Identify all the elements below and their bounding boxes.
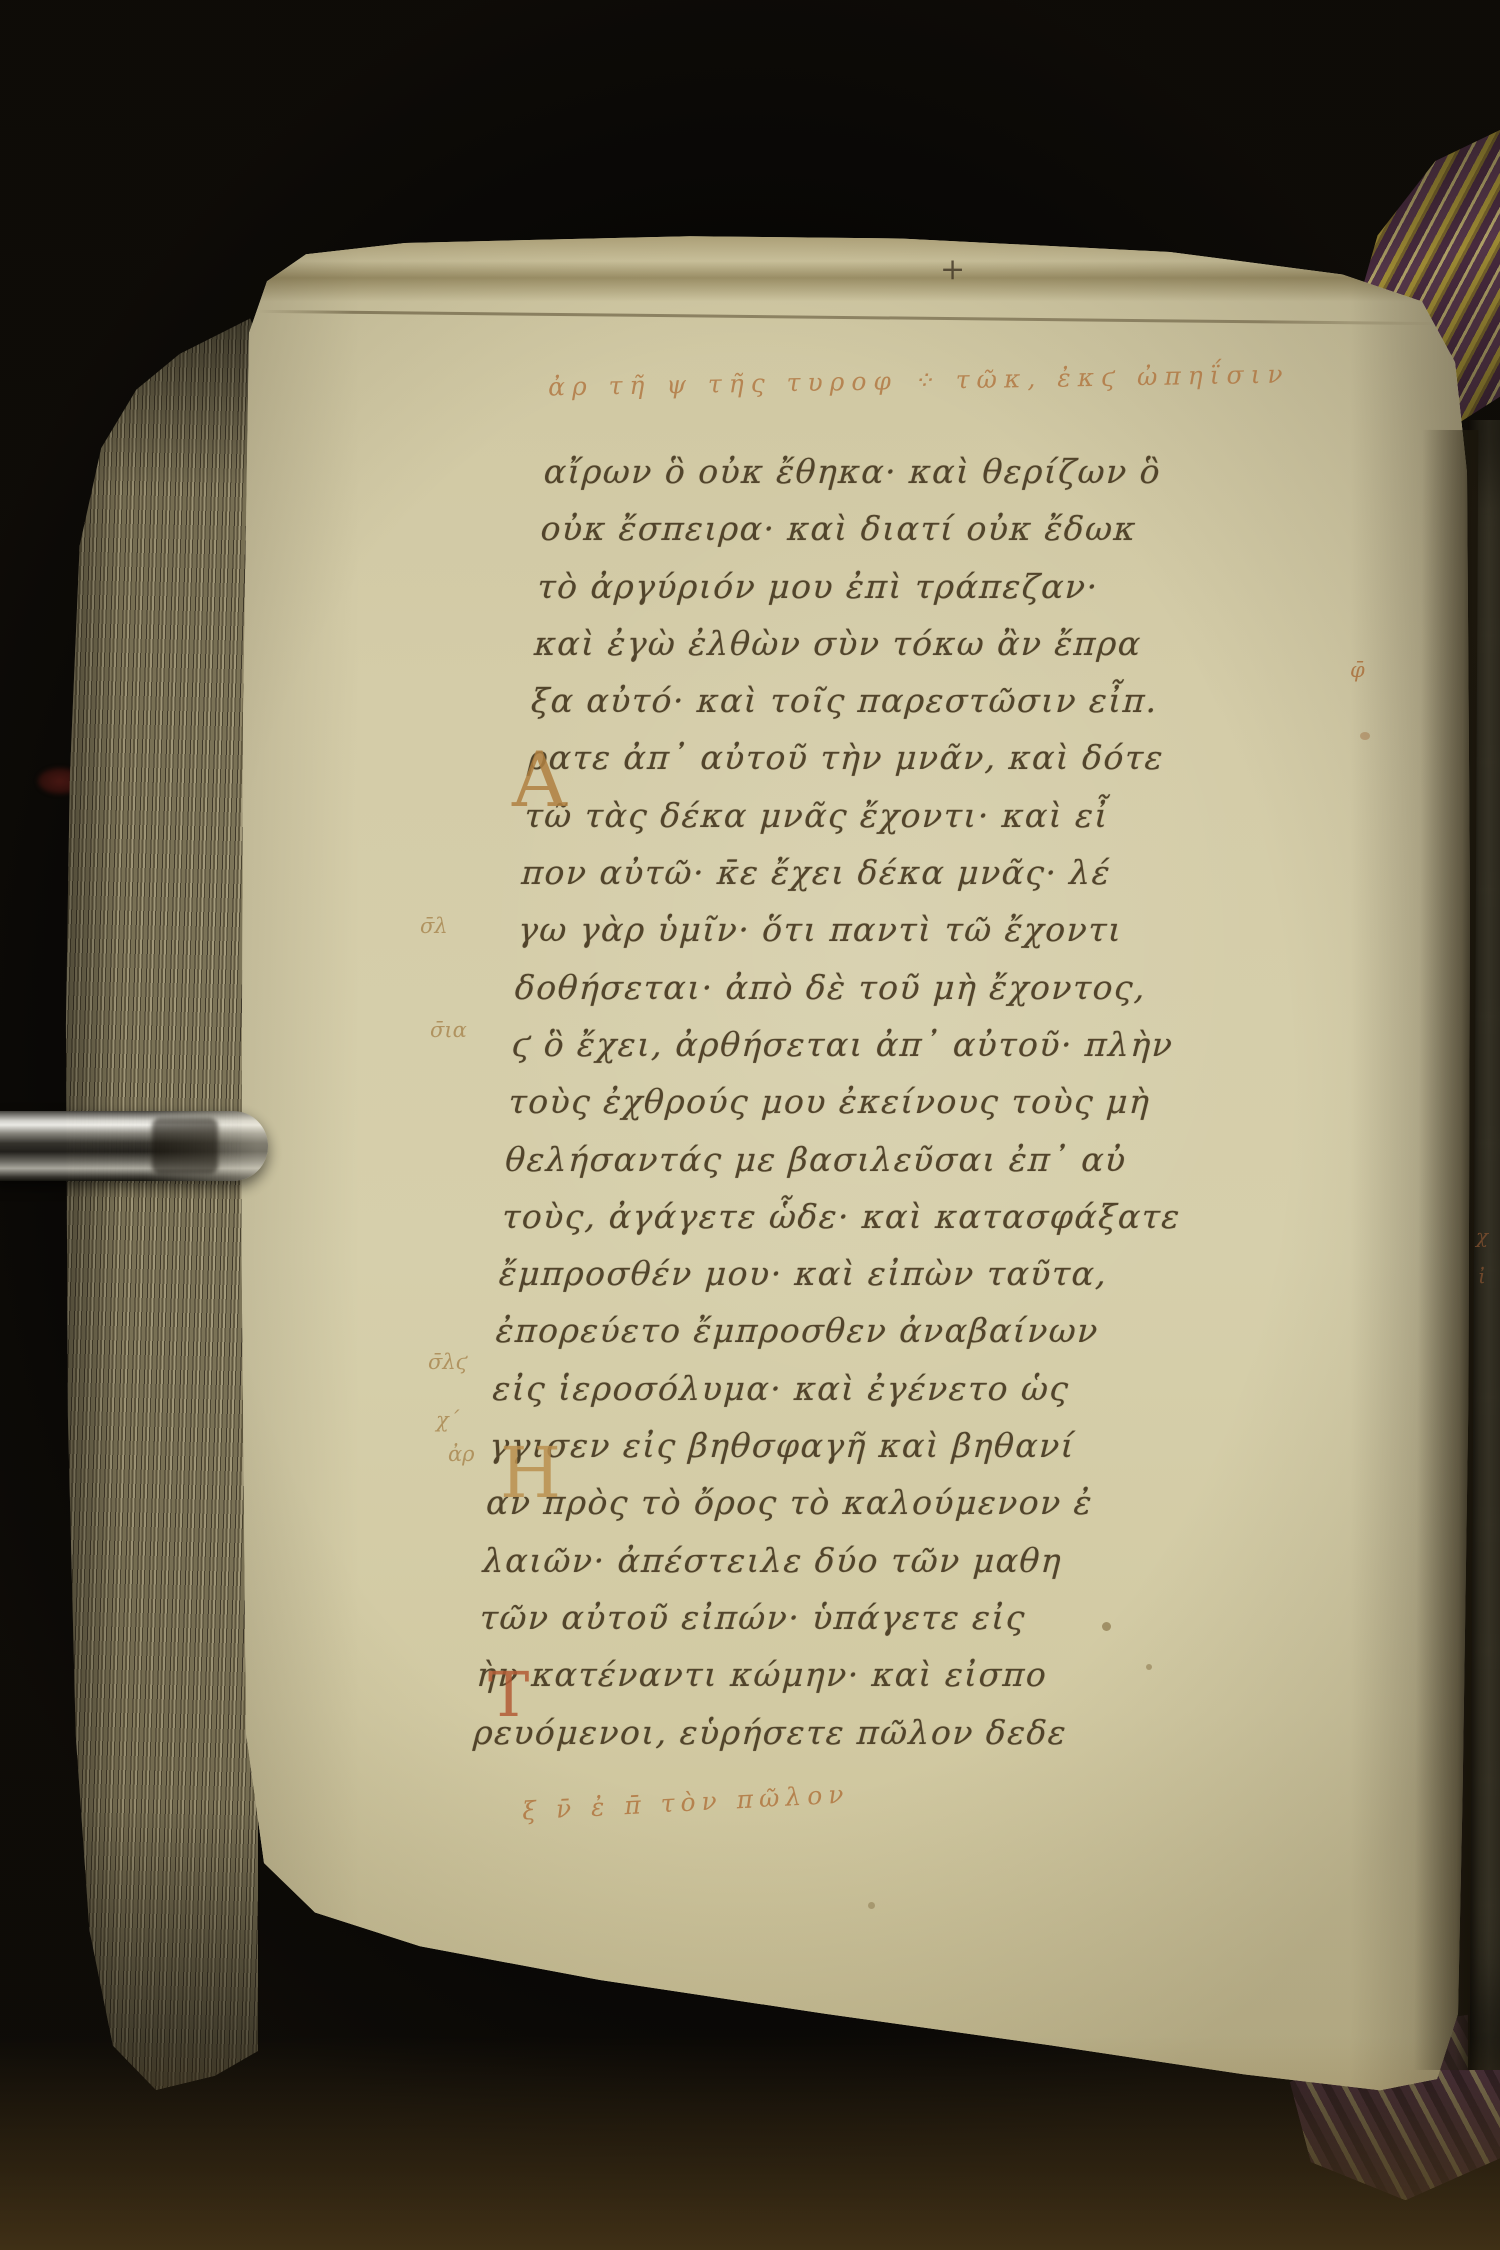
section-number-note: σ̄λ — [420, 914, 448, 938]
text-line: ρατε ἀπ᾽ αὐτοῦ τὴν μνᾶν, καὶ δότε — [526, 738, 1409, 795]
text-line: δοθήσεται· ἀπὸ δὲ τοῦ μὴ ἔχοντος, — [513, 968, 1396, 1025]
section-number-note: σ̄ια — [430, 1018, 467, 1042]
text-line: θελήσαντάς με βασιλεῦσαι ἐπ᾽ αὐ — [503, 1140, 1386, 1197]
rubric-initial-tau: Τ — [488, 1664, 529, 1726]
text-line: πον αὐτῶ· κ̄ε ἔχει δέκα μνᾶς· λέ — [519, 853, 1402, 910]
text-line: γγισεν εἰς βηθσφαγῆ καὶ βηθανί — [487, 1426, 1370, 1483]
text-line: λαιῶν· ἀπέστειλε δύο τῶν μαθη — [481, 1541, 1364, 1598]
rubric-initial-alpha: Α — [512, 742, 567, 818]
section-number-note: σ̄λϛ — [428, 1350, 467, 1374]
margin-note: χ´ — [436, 1408, 459, 1432]
text-line: τοὺς, ἀγάγετε ὧδε· καὶ κατασφάξατε — [500, 1197, 1383, 1254]
rod-refraction-band — [152, 1118, 218, 1174]
text-line: οὐκ ἔσπειρα· καὶ διατί οὐκ ἔδωκ — [539, 509, 1422, 566]
lection-start-note: ἀρ — [448, 1442, 475, 1466]
fore-edge-leaf-stack — [62, 315, 258, 2090]
gutter-shadow — [1414, 430, 1479, 2070]
text-line: αν πρὸς τὸ ὄρος τὸ καλούμενον ἐ — [484, 1483, 1367, 1540]
text-line: ξα αὐτό· καὶ τοῖς παρεστῶσιν εἶπ. — [529, 681, 1412, 738]
text-line: ϛ ὃ ἔχει, ἀρθήσεται ἀπ᾽ αὐτοῦ· πλὴν — [510, 1025, 1393, 1082]
text-line: εἰς ἱεροσόλυμα· καὶ ἐγένετο ὡς — [491, 1369, 1374, 1426]
text-line: ρευόμενοι, εὑρήσετε πῶλον δεδε — [471, 1713, 1354, 1770]
right-margin-note: φ̄ — [1350, 658, 1365, 682]
facing-page-mark: χ — [1476, 1224, 1488, 1248]
text-line: ἐπορεύετο ἔμπροσθεν ἀναβαίνων — [494, 1311, 1377, 1368]
text-line: τῶν αὐτοῦ εἰπών· ὑπάγετε εἰς — [478, 1598, 1361, 1655]
text-line: ἔμπροσθέν μου· καὶ εἰπὼν ταῦτα, — [497, 1254, 1380, 1311]
parchment-stain — [868, 1902, 875, 1909]
text-line: αἴρων ὃ οὐκ ἔθηκα· καὶ θερίζων ὃ — [542, 452, 1425, 509]
text-line: τὸ ἀργύριόν μου ἐπὶ τράπεζαν· — [535, 567, 1418, 624]
text-line: καὶ ἐγὼ ἐλθὼν σὺν τόκω ἂν ἔπρα — [532, 624, 1415, 681]
manuscript-photo: χ ἰ + ἀρ τῆ ψ τῆς τυροφ ⁘ τῶκ, ἐκϛ ὠπηΐσ… — [0, 0, 1500, 2250]
text-column: αἴρων ὃ οὐκ ἔθηκα· καὶ θερίζων ὃ οὐκ ἔσπ… — [471, 452, 1425, 1770]
text-line: γω γὰρ ὑμῖν· ὅτι παντὶ τῶ ἔχοντι — [516, 910, 1399, 967]
cross-mark: + — [940, 252, 965, 287]
text-line: τοὺς ἐχθρούς μου ἐκείνους τοὺς μὴ — [507, 1082, 1390, 1139]
rubric-initial-eta: Η — [500, 1438, 561, 1508]
facing-page-mark: ἰ — [1478, 1264, 1486, 1288]
text-line: ὴν κατέναντι κώμην· καὶ εἰσπο — [475, 1655, 1358, 1712]
text-line: τῶ τὰς δέκα μνᾶς ἔχοντι· καὶ εἶ — [523, 796, 1406, 853]
glass-page-weight-rod — [0, 1111, 268, 1181]
